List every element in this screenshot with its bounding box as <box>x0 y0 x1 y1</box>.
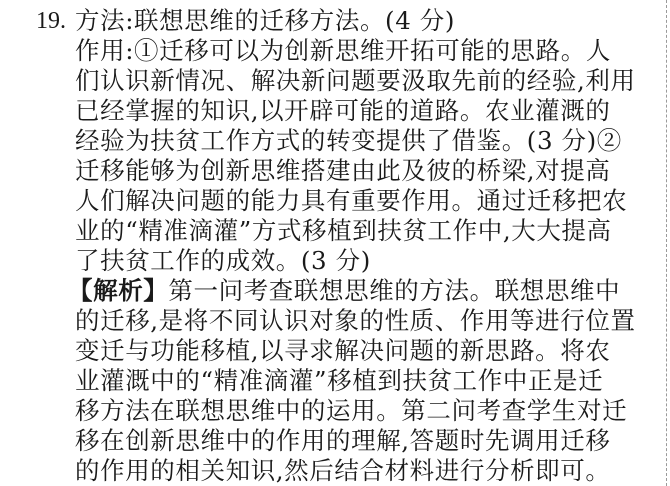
analysis-label: 【解析】 <box>68 276 168 305</box>
analysis-line: 的作用的相关知识,然后结合材料进行分析即可。 <box>75 456 663 486</box>
analysis-text: 第一问考查联想思维的方法。联想思维中 <box>168 276 620 305</box>
answer-line: 业的“精准滴灌”方式移植到扶贫工作中,大大提高 <box>75 216 663 246</box>
answer-page: 19. 方法:联想思维的迁移方法。(4 分) 作用:①迁移可以为创新思维开拓可能… <box>0 0 670 486</box>
answer-line: 作用:①迁移可以为创新思维开拓可能的思路。人 <box>75 36 663 66</box>
answer-line: 人们解决问题的能力具有重要作用。通过迁移把农 <box>75 186 663 216</box>
analysis-line: 的迁移,是将不同认识对象的性质、作用等进行位置 <box>75 306 663 336</box>
analysis-line: 移在创新思维中的作用的理解,答题时先调用迁移 <box>75 426 663 456</box>
answer-line: 迁移能够为创新思维搭建由此及彼的桥梁,对提高 <box>75 156 663 186</box>
analysis-first-line: 【解析】第一问考查联想思维的方法。联想思维中 <box>68 276 656 306</box>
analysis-line: 业灌溉中的“精准滴灌”移植到扶贫工作中正是迁 <box>75 366 663 396</box>
answer-line: 了扶贫工作的成效。(3 分) <box>75 246 663 276</box>
question-number: 19. <box>36 6 66 36</box>
page-edge-divider <box>666 0 667 486</box>
answer-line: 经验为扶贫工作方式的转变提供了借鉴。(3 分)② <box>75 126 663 156</box>
analysis-line: 变迁与功能移植,以寻求解决问题的新思路。将农 <box>75 336 663 366</box>
answer-line-method: 方法:联想思维的迁移方法。(4 分) <box>75 6 663 36</box>
analysis-line: 移方法在联想思维中的运用。第二问考查学生对迁 <box>75 396 663 426</box>
answer-line: 已经掌握的知识,以开辟可能的道路。农业灌溉的 <box>75 96 663 126</box>
answer-line: 们认识新情况、解决新问题要汲取先前的经验,利用 <box>75 66 663 96</box>
